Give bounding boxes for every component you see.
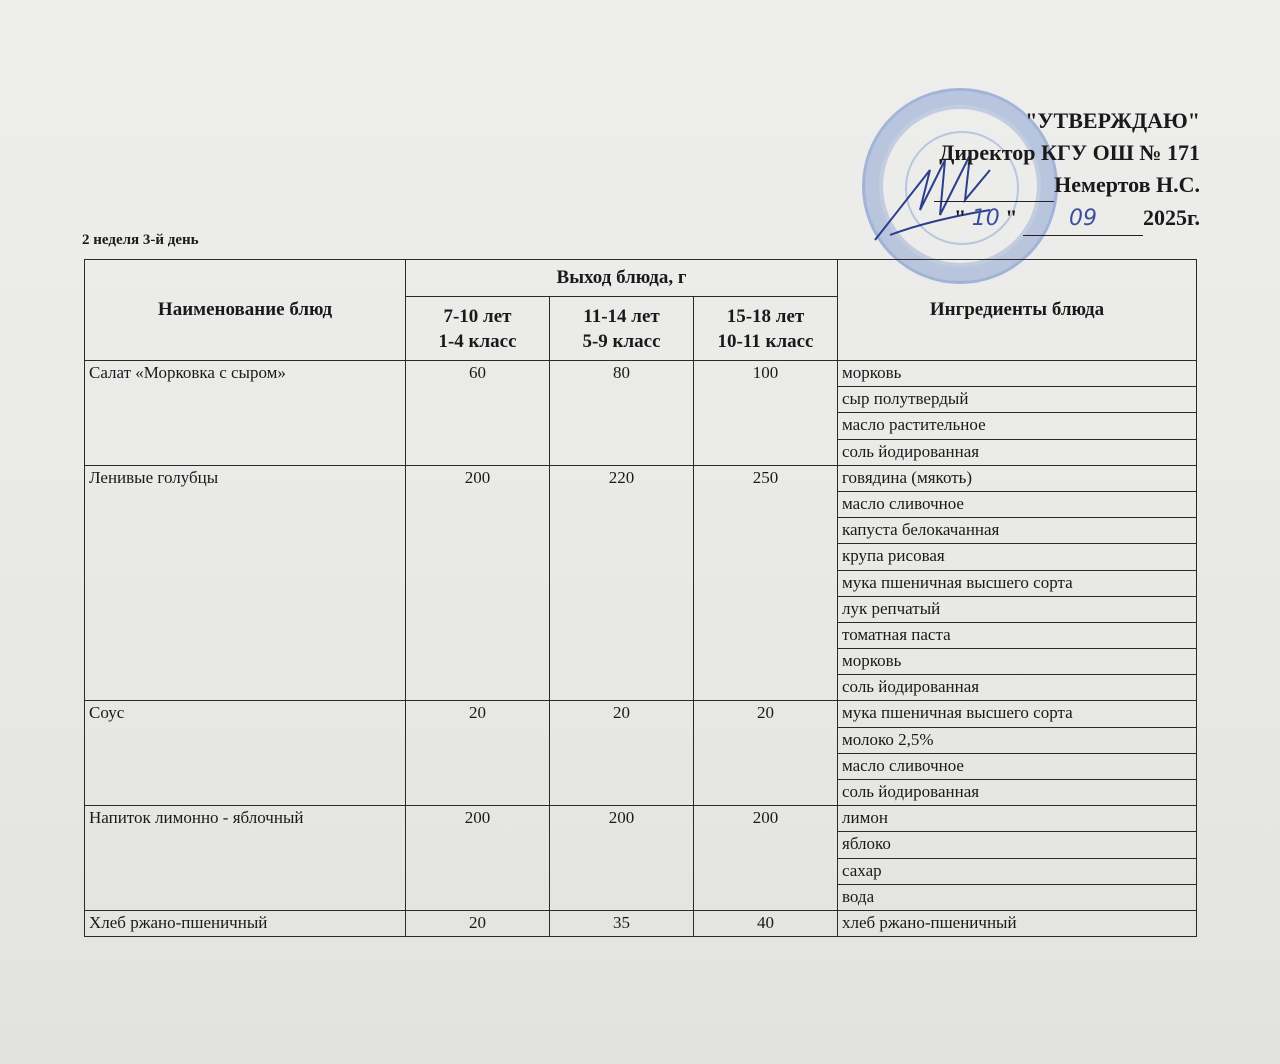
dish-yield: 200 [406, 806, 550, 911]
ingredient: лимон [838, 806, 1197, 832]
approval-day: 10 [972, 206, 1000, 231]
menu-table: Наименование блюд Выход блюда, г Ингреди… [84, 259, 1197, 937]
grade-range: 1-4 класс [438, 331, 516, 352]
ingredient: капуста белокачанная [838, 518, 1197, 544]
approval-name: Немертов Н.С. [1054, 172, 1200, 197]
table-row: Хлеб ржано-пшеничный203540хлеб ржано-пше… [85, 910, 1197, 936]
day-label: 2 неделя 3-й день [82, 232, 199, 249]
ingredient: мука пшеничная высшего сорта [838, 701, 1197, 727]
approval-title: "УТВЕРЖДАЮ" [934, 105, 1200, 137]
ingredient: хлеб ржано-пшеничный [838, 910, 1197, 936]
dish-yield: 200 [406, 465, 550, 701]
table-row: Напиток лимонно - яблочный200200200лимон [85, 806, 1197, 832]
table-row: Соус202020мука пшеничная высшего сорта [85, 701, 1197, 727]
dish-yield: 200 [694, 806, 838, 911]
table-row: Салат «Морковка с сыром»6080100морковь [85, 361, 1197, 387]
dish-yield: 35 [550, 910, 694, 936]
dish-name: Хлеб ржано-пшеничный [85, 910, 406, 936]
header-age-1: 11-14 лет5-9 класс [550, 297, 694, 361]
age-range: 7-10 лет [443, 306, 511, 327]
dish-name: Соус [85, 701, 406, 806]
ingredient: томатная паста [838, 622, 1197, 648]
dish-name: Ленивые голубцы [85, 465, 406, 701]
ingredient: соль йодированная [838, 675, 1197, 701]
dish-yield: 20 [406, 701, 550, 806]
header-ingredients: Ингредиенты блюда [838, 260, 1197, 361]
ingredient: соль йодированная [838, 439, 1197, 465]
header-dish: Наименование блюд [85, 260, 406, 361]
ingredient: яблоко [838, 832, 1197, 858]
dish-yield: 40 [694, 910, 838, 936]
dish-yield: 20 [694, 701, 838, 806]
header-yield: Выход блюда, г [406, 260, 838, 297]
age-range: 15-18 лет [727, 306, 805, 327]
ingredient: молоко 2,5% [838, 727, 1197, 753]
ingredient: соль йодированная [838, 780, 1197, 806]
dish-yield: 100 [694, 361, 838, 466]
dish-yield: 250 [694, 465, 838, 701]
ingredient: мука пшеничная высшего сорта [838, 570, 1197, 596]
dish-yield: 200 [550, 806, 694, 911]
approval-year: 2025г. [1143, 205, 1200, 230]
dish-yield: 60 [406, 361, 550, 466]
dish-yield: 220 [550, 465, 694, 701]
ingredient: морковь [838, 361, 1197, 387]
age-range: 11-14 лет [583, 306, 659, 327]
dish-name: Напиток лимонно - яблочный [85, 806, 406, 911]
ingredient: масло сливочное [838, 491, 1197, 517]
ingredient: масло растительное [838, 413, 1197, 439]
approval-block: "УТВЕРЖДАЮ" Директор КГУ ОШ № 171 Немерт… [934, 105, 1200, 236]
dish-yield: 20 [550, 701, 694, 806]
ingredient: сахар [838, 858, 1197, 884]
approval-position: Директор КГУ ОШ № 171 [934, 137, 1200, 169]
ingredient: масло сливочное [838, 753, 1197, 779]
ingredient: говядина (мякоть) [838, 465, 1197, 491]
ingredient: лук репчатый [838, 596, 1197, 622]
ingredient: вода [838, 884, 1197, 910]
approval-month: 09 [1069, 206, 1097, 231]
ingredient: крупа рисовая [838, 544, 1197, 570]
header-age-2: 15-18 лет10-11 класс [694, 297, 838, 361]
ingredient: морковь [838, 649, 1197, 675]
grade-range: 5-9 класс [582, 331, 660, 352]
table-row: Ленивые голубцы200220250говядина (мякоть… [85, 465, 1197, 491]
header-age-0: 7-10 лет1-4 класс [406, 297, 550, 361]
grade-range: 10-11 класс [717, 331, 813, 352]
dish-yield: 80 [550, 361, 694, 466]
ingredient: сыр полутвердый [838, 387, 1197, 413]
dish-name: Салат «Морковка с сыром» [85, 361, 406, 466]
dish-yield: 20 [406, 910, 550, 936]
